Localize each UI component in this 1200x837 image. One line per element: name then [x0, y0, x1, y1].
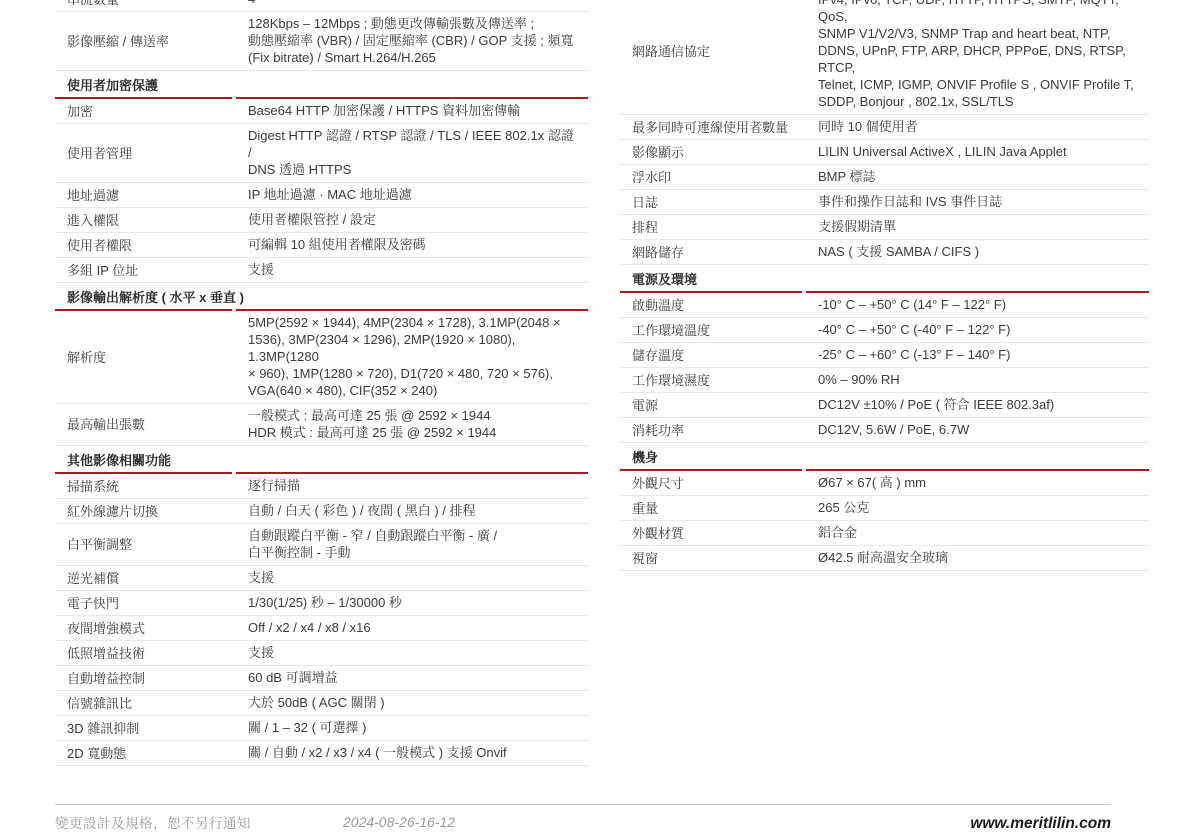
spec-row-label: 外觀材質 — [620, 521, 802, 545]
spec-row: 消耗功率DC12V, 5.6W / PoE, 6.7W — [620, 418, 1149, 443]
spec-row-label: 儲存溫度 — [620, 343, 802, 367]
section-title: 影像輸出解析度 ( 水平 x 垂直 ) — [55, 283, 232, 311]
spec-row-value: 支援 — [232, 641, 588, 665]
spec-row-value: DC12V, 5.6W / PoE, 6.7W — [802, 418, 1149, 442]
spec-row: 排程支援假期清單 — [620, 215, 1149, 240]
spec-row-value: Digest HTTP 認證 / RTSP 認證 / TLS / IEEE 80… — [232, 124, 588, 182]
spec-row-value: -40° C – +50° C (-40° F – 122° F) — [802, 318, 1149, 342]
spec-row-value: LILIN Universal ActiveX , LILIN Java App… — [802, 140, 1149, 164]
spec-row: 進入權限使用者權限管控 / 設定 — [55, 208, 588, 233]
spec-row-label: 地址過濾 — [55, 183, 232, 207]
spec-row-label: 解析度 — [55, 311, 232, 403]
spec-row: 自動增益控制60 dB 可調增益 — [55, 666, 588, 691]
section-header-row: 電源及環境 — [620, 265, 1149, 293]
section-title: 電源及環境 — [620, 265, 802, 293]
spec-row-value: 265 公克 — [802, 496, 1149, 520]
spec-row-value: 4 — [232, 0, 588, 11]
spec-row-value: NAS ( 支援 SAMBA / CIFS ) — [802, 240, 1149, 264]
spec-row-value: 自動 / 白天 ( 彩色 ) / 夜間 ( 黑白 ) / 排程 — [232, 499, 588, 523]
footer-revision-date: 2024-08-26-16-12 — [343, 814, 455, 830]
spec-row-label: 多組 IP 位址 — [55, 258, 232, 282]
spec-row: 白平衡調整自動跟蹤白平衡 - 窄 / 自動跟蹤白平衡 - 廣 / 白平衡控制 -… — [55, 524, 588, 566]
section-underline — [806, 443, 1149, 471]
spec-row: 電源DC12V ±10% / PoE ( 符合 IEEE 802.3af) — [620, 393, 1149, 418]
spec-row-label: 最高輸出張數 — [55, 404, 232, 445]
spec-row-label: 掃描系統 — [55, 474, 232, 498]
spec-row: 影像顯示LILIN Universal ActiveX , LILIN Java… — [620, 140, 1149, 165]
section-header-row: 影像輸出解析度 ( 水平 x 垂直 ) — [55, 283, 588, 311]
spec-sheet-page: 串流數量4影像壓縮 / 傳送率128Kbps – 12Mbps ; 動態更改傳輸… — [0, 0, 1200, 837]
spec-row: 最高輸出張數一般模式 : 最高可達 25 張 @ 2592 × 1944 HDR… — [55, 404, 588, 446]
spec-row-value: 大於 50dB ( AGC 關閉 ) — [232, 691, 588, 715]
spec-row: 2D 寬動態關 / 自動 / x2 / x3 / x4 ( 一般模式 ) 支援 … — [55, 741, 588, 766]
spec-row: 使用者管理Digest HTTP 認證 / RTSP 認證 / TLS / IE… — [55, 124, 588, 183]
spec-row-value: 5MP(2592 × 1944), 4MP(2304 × 1728), 3.1M… — [232, 311, 588, 403]
footer-disclaimer: 變更設計及規格，恕不另行通知 — [55, 812, 251, 832]
spec-row: 重量265 公克 — [620, 496, 1149, 521]
spec-row-value: 1/30(1/25) 秒 – 1/30000 秒 — [232, 591, 588, 615]
spec-row-value: Off / x2 / x4 / x8 / x16 — [232, 616, 588, 640]
spec-row-value: 支援假期清單 — [802, 215, 1149, 239]
spec-row-label: 進入權限 — [55, 208, 232, 232]
spec-row-label: 2D 寬動態 — [55, 741, 232, 765]
spec-row-label: 工作環境濕度 — [620, 368, 802, 392]
spec-row-value: Ø42.5 耐高溫安全玻璃 — [802, 546, 1149, 570]
spec-row: 加密Base64 HTTP 加密保護 / HTTPS 資料加密傳輸 — [55, 99, 588, 124]
spec-row-value: 0% – 90% RH — [802, 368, 1149, 392]
spec-row-value: IP 地址過濾 · MAC 地址過濾 — [232, 183, 588, 207]
section-header-row: 使用者加密保護 — [55, 71, 588, 99]
section-header-row: 機身 — [620, 443, 1149, 471]
spec-row-label: 影像壓縮 / 傳送率 — [55, 12, 232, 70]
section-title: 機身 — [620, 443, 802, 471]
spec-row-value: 關 / 1 – 32 ( 可選擇 ) — [232, 716, 588, 740]
spec-row-value: 支援 — [232, 258, 588, 282]
spec-row: 串流數量4 — [55, 0, 588, 12]
spec-table-right: 網路通信協定IPv4, IPv6, TCP, UDP, HTTP, HTTPS,… — [620, 0, 1149, 571]
spec-row-label: 重量 — [620, 496, 802, 520]
section-underline — [236, 446, 588, 474]
spec-row-label: 日誌 — [620, 190, 802, 214]
spec-row-label: 信號雜訊比 — [55, 691, 232, 715]
spec-row-label: 電源 — [620, 393, 802, 417]
spec-row: 外觀材質鋁合金 — [620, 521, 1149, 546]
section-underline — [236, 283, 588, 311]
spec-row-value: 可編輯 10 組使用者權限及密碼 — [232, 233, 588, 257]
spec-row: 工作環境溫度-40° C – +50° C (-40° F – 122° F) — [620, 318, 1149, 343]
spec-row-label: 啟動溫度 — [620, 293, 802, 317]
spec-row-value: BMP 標誌 — [802, 165, 1149, 189]
spec-row-value: 支援 — [232, 566, 588, 590]
spec-row: 電子快門1/30(1/25) 秒 – 1/30000 秒 — [55, 591, 588, 616]
spec-row-value: 60 dB 可調增益 — [232, 666, 588, 690]
spec-row-label: 加密 — [55, 99, 232, 123]
spec-row-label: 工作環境溫度 — [620, 318, 802, 342]
spec-row-label: 夜間增強模式 — [55, 616, 232, 640]
spec-row-value: 事件和操作日誌和 IVS 事件日誌 — [802, 190, 1149, 214]
section-title: 其他影像相關功能 — [55, 446, 232, 474]
spec-row-label: 白平衡調整 — [55, 524, 232, 565]
spec-row: 網路儲存NAS ( 支援 SAMBA / CIFS ) — [620, 240, 1149, 265]
spec-row-value: Base64 HTTP 加密保護 / HTTPS 資料加密傳輸 — [232, 99, 588, 123]
spec-row: 逆光補償支援 — [55, 566, 588, 591]
spec-row-value: DC12V ±10% / PoE ( 符合 IEEE 802.3af) — [802, 393, 1149, 417]
spec-row-label: 外觀尺寸 — [620, 471, 802, 495]
spec-row-label: 排程 — [620, 215, 802, 239]
spec-row: 信號雜訊比大於 50dB ( AGC 關閉 ) — [55, 691, 588, 716]
spec-row-value: 自動跟蹤白平衡 - 窄 / 自動跟蹤白平衡 - 廣 / 白平衡控制 - 手動 — [232, 524, 588, 565]
spec-row-label: 使用者管理 — [55, 124, 232, 182]
spec-row: 使用者權限可編輯 10 組使用者權限及密碼 — [55, 233, 588, 258]
spec-row: 低照增益技術支援 — [55, 641, 588, 666]
spec-row: 地址過濾IP 地址過濾 · MAC 地址過濾 — [55, 183, 588, 208]
spec-row-label: 自動增益控制 — [55, 666, 232, 690]
spec-row: 解析度5MP(2592 × 1944), 4MP(2304 × 1728), 3… — [55, 311, 588, 404]
spec-row-value: 關 / 自動 / x2 / x3 / x4 ( 一般模式 ) 支援 Onvif — [232, 741, 588, 765]
spec-row-label: 影像顯示 — [620, 140, 802, 164]
spec-row-value: 一般模式 : 最高可達 25 張 @ 2592 × 1944 HDR 模式 : … — [232, 404, 588, 445]
spec-row: 工作環境濕度0% – 90% RH — [620, 368, 1149, 393]
spec-row: 夜間增強模式Off / x2 / x4 / x8 / x16 — [55, 616, 588, 641]
spec-row-value: IPv4, IPv6, TCP, UDP, HTTP, HTTPS, SMTP,… — [802, 0, 1149, 114]
spec-row: 外觀尺寸Ø67 × 67( 高 ) mm — [620, 471, 1149, 496]
spec-row: 視窗Ø42.5 耐高溫安全玻璃 — [620, 546, 1149, 571]
spec-row-value: Ø67 × 67( 高 ) mm — [802, 471, 1149, 495]
spec-row-value: 逐行掃描 — [232, 474, 588, 498]
section-underline — [236, 71, 588, 99]
spec-row: 掃描系統逐行掃描 — [55, 474, 588, 499]
spec-row-value: 128Kbps – 12Mbps ; 動態更改傳輸張數及傳送率 ; 動態壓縮率 … — [232, 12, 588, 70]
spec-row: 浮水印BMP 標誌 — [620, 165, 1149, 190]
spec-row-value: 同時 10 個使用者 — [802, 115, 1149, 139]
spec-row-label: 電子快門 — [55, 591, 232, 615]
spec-row: 影像壓縮 / 傳送率128Kbps – 12Mbps ; 動態更改傳輸張數及傳送… — [55, 12, 588, 71]
spec-row: 多組 IP 位址支援 — [55, 258, 588, 283]
spec-row-label: 最多同時可連線使用者數量 — [620, 115, 802, 139]
spec-row: 網路通信協定IPv4, IPv6, TCP, UDP, HTTP, HTTPS,… — [620, 0, 1149, 115]
spec-row: 紅外線濾片切換自動 / 白天 ( 彩色 ) / 夜間 ( 黑白 ) / 排程 — [55, 499, 588, 524]
spec-row-label: 串流數量 — [55, 0, 232, 11]
spec-row-value: 鋁合金 — [802, 521, 1149, 545]
spec-row-label: 使用者權限 — [55, 233, 232, 257]
spec-row-label: 低照增益技術 — [55, 641, 232, 665]
spec-row-label: 視窗 — [620, 546, 802, 570]
section-title: 使用者加密保護 — [55, 71, 232, 99]
spec-row-label: 逆光補償 — [55, 566, 232, 590]
spec-row-label: 紅外線濾片切換 — [55, 499, 232, 523]
section-header-row: 其他影像相關功能 — [55, 446, 588, 474]
spec-row: 日誌事件和操作日誌和 IVS 事件日誌 — [620, 190, 1149, 215]
spec-row: 儲存溫度-25° C – +60° C (-13° F – 140° F) — [620, 343, 1149, 368]
spec-row-label: 網路通信協定 — [620, 0, 802, 114]
spec-row-label: 網路儲存 — [620, 240, 802, 264]
spec-row-value: -25° C – +60° C (-13° F – 140° F) — [802, 343, 1149, 367]
spec-row-value: 使用者權限管控 / 設定 — [232, 208, 588, 232]
spec-row-value: -10° C – +50° C (14° F – 122° F) — [802, 293, 1149, 317]
spec-table-left: 串流數量4影像壓縮 / 傳送率128Kbps – 12Mbps ; 動態更改傳輸… — [55, 0, 588, 766]
spec-row-label: 浮水印 — [620, 165, 802, 189]
footer-website-link[interactable]: www.meritlilin.com — [970, 815, 1111, 833]
spec-row: 啟動溫度-10° C – +50° C (14° F – 122° F) — [620, 293, 1149, 318]
section-underline — [806, 265, 1149, 293]
footer: 變更設計及規格，恕不另行通知 2024-08-26-16-12 www.meri… — [55, 804, 1111, 833]
spec-row: 3D 雜訊抑制關 / 1 – 32 ( 可選擇 ) — [55, 716, 588, 741]
spec-row-label: 消耗功率 — [620, 418, 802, 442]
spec-row: 最多同時可連線使用者數量同時 10 個使用者 — [620, 115, 1149, 140]
spec-row-label: 3D 雜訊抑制 — [55, 716, 232, 740]
